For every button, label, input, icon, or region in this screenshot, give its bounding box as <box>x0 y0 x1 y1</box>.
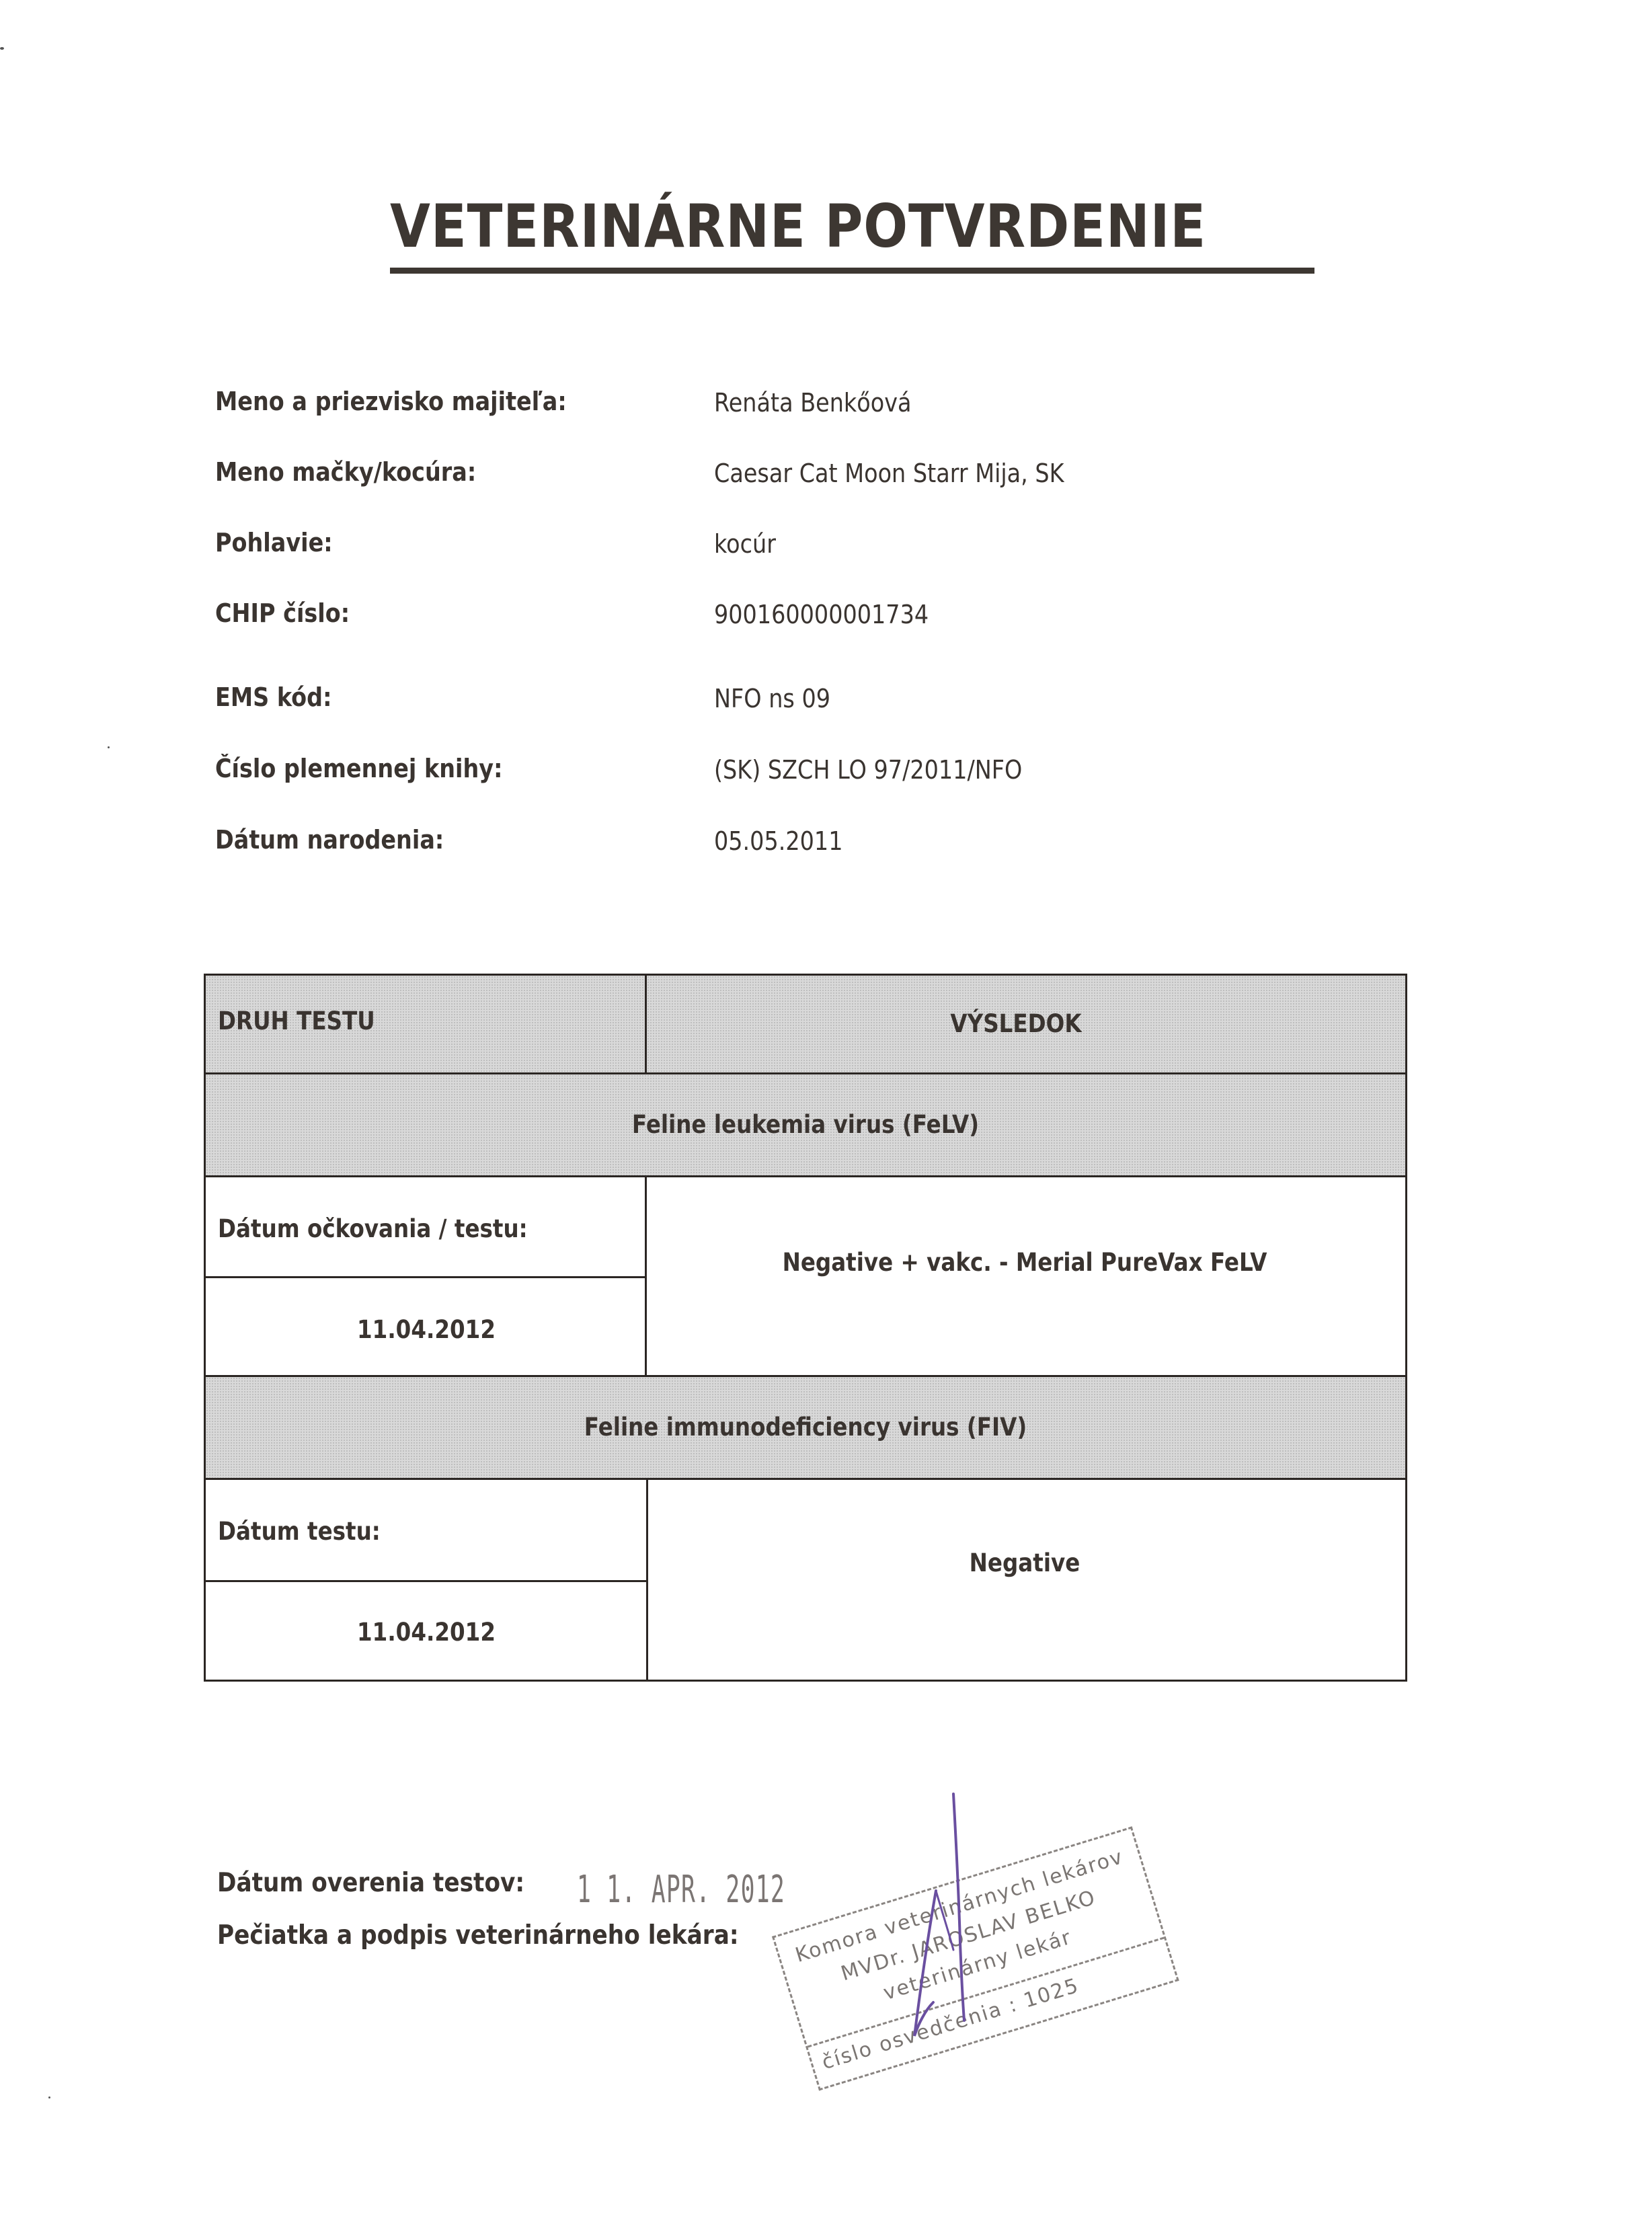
cell-divider <box>206 1580 647 1582</box>
veterinary-stamp: Komora veterinárnych lekárov MVDr. JAROS… <box>772 1826 1179 2090</box>
info-label: Číslo plemennej knihy: <box>215 754 502 783</box>
info-label: Meno mačky/kocúra: <box>215 457 476 487</box>
document-page: VETERINÁRNE POTVRDENIE Meno a priezvisko… <box>0 0 1652 2237</box>
info-label: Meno a priezvisko majiteľa: <box>215 387 567 416</box>
info-value: 05.05.2011 <box>714 826 842 856</box>
column-divider <box>646 1478 648 1680</box>
info-row-owner: Meno a priezvisko majiteľa: Renáta Benkő… <box>215 387 1224 427</box>
info-label: Dátum narodenia: <box>215 825 444 855</box>
info-value: (SK) SZCH LO 97/2011/NFO <box>714 755 1022 785</box>
header-test-type: DRUH TESTU <box>218 1007 375 1035</box>
info-label: CHIP číslo: <box>215 598 350 628</box>
felv-date-value: 11.04.2012 <box>357 1315 496 1344</box>
row-divider <box>206 1175 1405 1177</box>
info-row-chip: CHIP číslo: 900160000001734 <box>215 598 1224 639</box>
row-divider <box>206 1478 1405 1480</box>
column-divider <box>645 1175 647 1375</box>
test-results-table: DRUH TESTU VÝSLEDOK Feline leukemia viru… <box>204 974 1407 1682</box>
info-label: Pohlavie: <box>215 528 333 557</box>
title-underline <box>390 268 1314 274</box>
section-title-felv: Feline leukemia virus (FeLV) <box>632 1110 979 1139</box>
info-value: Caesar Cat Moon Starr Mija, SK <box>714 459 1064 488</box>
verification-date-label: Dátum overenia testov: <box>217 1868 524 1898</box>
info-value: Renáta Benkőová <box>714 388 912 418</box>
verification-date-stamp: 1 1. APR. 2012 <box>577 1868 785 1912</box>
cell-divider <box>206 1276 647 1278</box>
fiv-date-label: Dátum testu: <box>218 1517 381 1546</box>
fiv-result: Negative <box>970 1548 1080 1577</box>
info-row-sex: Pohlavie: kocúr <box>215 528 1224 568</box>
vet-stamp-signature-label: Pečiatka a podpis veterinárneho lekára: <box>217 1920 739 1951</box>
info-value: kocúr <box>714 529 776 559</box>
info-row-cat-name: Meno mačky/kocúra: Caesar Cat Moon Starr… <box>215 457 1224 498</box>
scan-speck <box>108 746 110 748</box>
info-label: EMS kód: <box>215 682 331 712</box>
info-value: NFO ns 09 <box>714 684 830 713</box>
header-divider <box>645 976 647 1072</box>
fiv-date-value: 11.04.2012 <box>357 1618 496 1647</box>
document-title: VETERINÁRNE POTVRDENIE <box>390 192 1206 261</box>
info-value: 900160000001734 <box>714 600 929 629</box>
scan-speck <box>48 2096 50 2098</box>
scan-speck <box>0 47 4 50</box>
info-row-pedigree: Číslo plemennej knihy: (SK) SZCH LO 97/2… <box>215 754 1224 794</box>
felv-result: Negative + vakc. - Merial PureVax FeLV <box>783 1248 1267 1277</box>
info-row-birthdate: Dátum narodenia: 05.05.2011 <box>215 825 1224 865</box>
table-header-row <box>206 976 1405 1072</box>
header-result: VÝSLEDOK <box>950 1009 1081 1038</box>
felv-date-label: Dátum očkovania / testu: <box>218 1214 528 1243</box>
section-title-fiv: Feline immunodeficiency virus (FIV) <box>584 1413 1027 1442</box>
info-row-ems: EMS kód: NFO ns 09 <box>215 682 1224 723</box>
